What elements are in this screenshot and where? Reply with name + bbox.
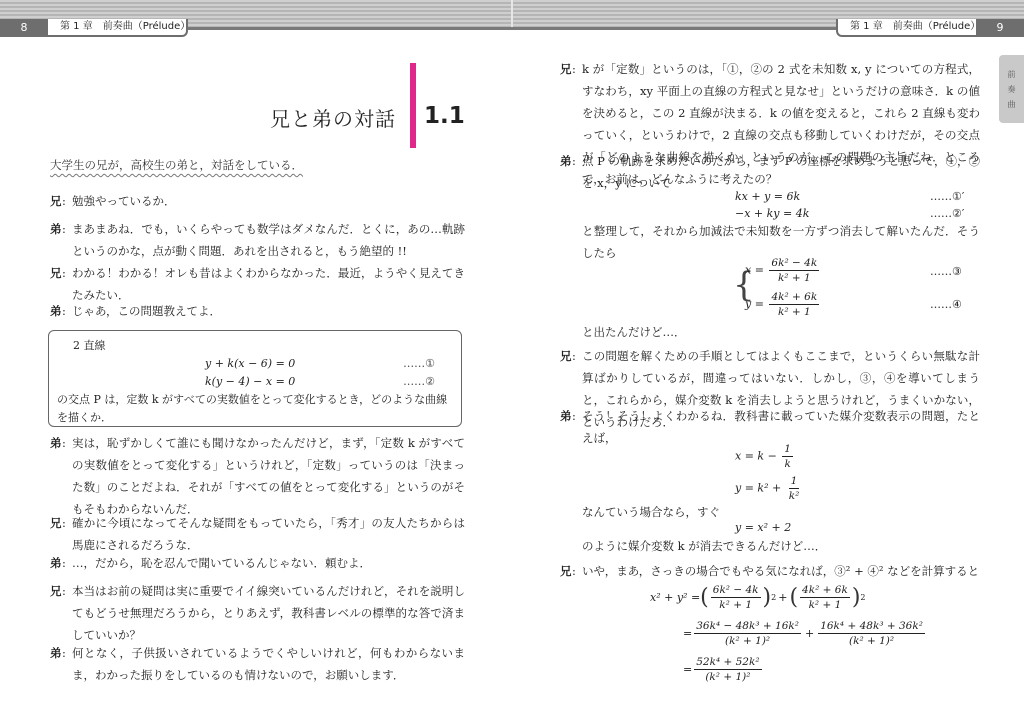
equation-2-prime: −x + ky = 4k [735, 207, 809, 220]
chapter-label-left: 第 1 章 前奏曲（Prélude） [48, 19, 188, 37]
equation-tag: ……②′ [930, 207, 964, 220]
gutter [511, 0, 513, 28]
problem-body: の交点 P は，定数 k がすべての実数値をとって変化するとき，どのような曲線を… [57, 391, 453, 427]
speaker-label: 兄 [50, 190, 62, 212]
dialogue-text: と出たんだけど…． [582, 324, 686, 340]
dialogue-line: 兄: いや，まあ，さっきの場合でもやる気になれば，③² + ④² などを計算する… [560, 560, 980, 582]
dialogue-text: 何となく，子供扱いされているようでくやしいけれど，何もわからないまま，わかった振… [50, 642, 465, 686]
equation-tag: ……① [403, 355, 435, 373]
speaker-label: 兄 [560, 560, 572, 582]
side-tab-char: 奏 [1008, 84, 1016, 95]
dialogue-text: 勉強やっているか． [50, 190, 465, 212]
problem-box: 2 直線 y + k(x − 6) = 0 ……① k(y − 4) − x =… [48, 330, 462, 427]
dialogue-line: 兄: 本当はお前の疑問は実に重要でイイ線突いているんだけれど，それを説明してもど… [50, 580, 465, 646]
chapter-thumb-tab[interactable]: 前 奏 曲 [999, 55, 1024, 123]
dialogue-text: まあまあね．でも，いくらやっても数学はダメなんだ．とくに，あの…軌跡というのかな… [50, 218, 465, 262]
speaker-label: 弟 [50, 642, 62, 664]
speaker-label: 弟 [560, 405, 572, 427]
dialogue-text: …，だから，恥を忍んで聞いているんじゃない．頼むよ． [50, 552, 465, 574]
equation-tag: ……④ [930, 298, 962, 311]
chapter-label-right: 第 1 章 前奏曲（Prélude） [836, 19, 976, 37]
dialogue-text: 点 P の軌跡を求めたいのだから，まず P の座標を求めようと思って，①，②を … [560, 150, 980, 194]
dialogue-line: 弟: まあまあね．でも，いくらやっても数学はダメなんだ．とくに，あの…軌跡という… [50, 218, 465, 262]
calc-line-2: = 36k⁴ − 48k³ + 16k²(k² + 1)² + 16k⁴ + 4… [683, 619, 927, 648]
dialogue-text: 実は，恥ずかしくて誰にも聞けなかったんだけど，まず，「定数 k がすべての実数値… [50, 432, 465, 520]
speaker-label: 兄 [50, 580, 62, 602]
side-tab-char: 前 [1008, 69, 1016, 80]
calc-line-1: x² + y² = ( 6k² − 4kk² + 1 )2 + ( 4k² + … [650, 583, 866, 612]
equation-tag: ……③ [930, 265, 962, 278]
intro-text: 大学生の兄が，高校生の弟と，対話をしている． [50, 157, 303, 173]
equation-1: y + k(x − 6) = 0 [205, 355, 295, 373]
speaker-label: 弟 [50, 300, 62, 322]
param-x-equation: x = k − 1k [735, 442, 795, 471]
speaker-label: 弟 [50, 218, 62, 240]
dialogue-text: じゃあ，この問題教えてよ． [50, 300, 465, 322]
equation-1-prime: kx + y = 6k [735, 190, 800, 203]
dialogue-text: 確かに今頃になってそんな疑問をもっていたら，「秀才」の友人たちからは馬鹿にされる… [50, 512, 465, 556]
dialogue-line: 弟: 何となく，子供扱いされているようでくやしいけれど，何もわからないまま，わか… [50, 642, 465, 686]
dialogue-text: なんていう場合なら，すぐ [582, 504, 720, 520]
dialogue-text: 本当はお前の疑問は実に重要でイイ線突いているんだけれど，それを説明してもどうせ無… [50, 580, 465, 646]
equation-tag: ……①′ [930, 190, 964, 203]
eliminated-equation: y = x² + 2 [735, 521, 791, 534]
dialogue-text: のように媒介変数 k が消去できるんだけど…． [582, 538, 826, 554]
speaker-label: 弟 [560, 150, 572, 172]
dialogue-line: 弟: 実は，恥ずかしくて誰にも聞けなかったんだけど，まず，「定数 k がすべての… [50, 432, 465, 520]
dialogue-line: 弟: …，だから，恥を忍んで聞いているんじゃない．頼むよ． [50, 552, 465, 574]
speaker-label: 兄 [50, 512, 62, 534]
dialogue-line: 弟: じゃあ，この問題教えてよ． [50, 300, 465, 322]
speaker-label: 弟 [50, 552, 62, 574]
calc-line-3: = 52k⁴ + 52k²(k² + 1)² [683, 655, 764, 684]
page-number-left: 8 [0, 19, 48, 37]
section-number: 1.1 [424, 103, 465, 129]
side-tab-char: 曲 [1008, 99, 1016, 110]
equation-3: x = 6k² − 4kk² + 1 [745, 256, 821, 285]
speaker-label: 兄 [560, 345, 572, 367]
dialogue-text: いや，まあ，さっきの場合でもやる気になれば，③² + ④² などを計算すると [560, 560, 980, 582]
speaker-label: 兄 [560, 58, 572, 80]
speaker-label: 兄 [50, 262, 62, 284]
equation-2: k(y − 4) − x = 0 [205, 373, 295, 391]
dialogue-line: 弟: 点 P の軌跡を求めたいのだから，まず P の座標を求めようと思って，①，… [560, 150, 980, 194]
problem-title: 2 直線 [57, 337, 453, 355]
book-spread: 8 第 1 章 前奏曲（Prélude） 第 1 章 前奏曲（Prélude） … [0, 0, 1024, 725]
page-number-right: 9 [976, 19, 1024, 37]
dialogue-line: 兄: 勉強やっているか． [50, 190, 465, 212]
section-accent-bar [410, 63, 416, 148]
section-title: 兄と弟の対話 [270, 103, 396, 132]
equation-tag: ……② [403, 373, 435, 391]
dialogue-line: 兄: 確かに今頃になってそんな疑問をもっていたら，「秀才」の友人たちからは馬鹿に… [50, 512, 465, 556]
speaker-label: 弟 [50, 432, 62, 454]
equation-4: y = 4k² + 6kk² + 1 [745, 290, 821, 319]
param-y-equation: y = k² + 1k² [735, 474, 803, 503]
